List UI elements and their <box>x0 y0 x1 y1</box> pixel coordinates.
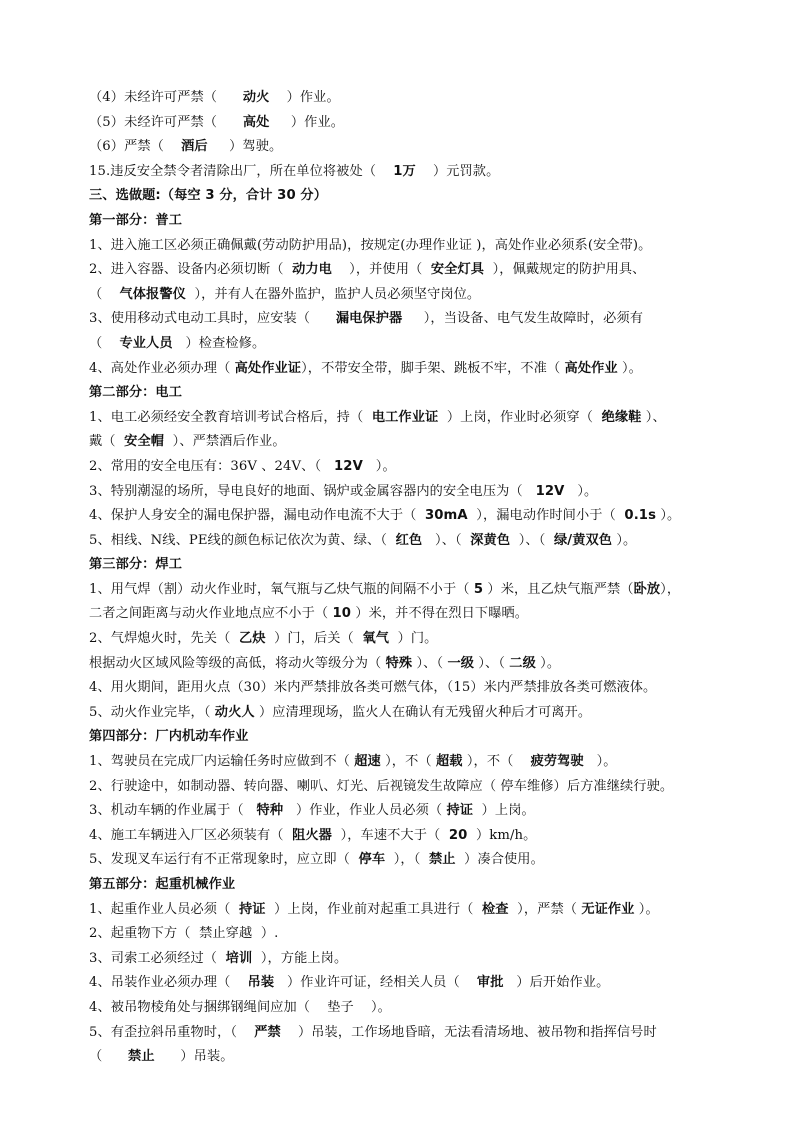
answer-text: 动火 <box>243 90 270 105</box>
answer-text: 禁止 <box>429 852 456 867</box>
text-line: 5、有歪拉斜吊重物时，（ 严禁 ）吊装，工作场地昏暗，无法看清场地、被吊物和指挥… <box>89 1021 719 1046</box>
answer-text: 一级 <box>447 656 474 671</box>
question-text: ）。 <box>536 656 560 671</box>
question-text: （ <box>89 287 119 302</box>
answer-text: 严禁 <box>254 1025 281 1040</box>
text-line: 戴（ 安全帽 ）、严禁酒后作业。 <box>89 430 719 455</box>
answer-text: 第三部分：焊工 <box>89 557 182 572</box>
section-heading: 三、选做题:（每空 3 分，合计 30 分） <box>89 184 719 209</box>
answer-text: 12V <box>334 459 363 474</box>
question-text: ）应清理现场，监火人在确认有无残留火种后才可离开。 <box>255 705 591 720</box>
answer-text: 绿/黄双色 <box>554 533 612 548</box>
text-line: 5、发现叉车运行有不正常现象时，应立即（ 停车 ），（ 禁止 ）凑合使用。 <box>89 848 719 873</box>
answer-text: 第一部分：普工 <box>89 213 182 228</box>
answer-text: 第五部分：起重机械作业 <box>89 877 235 892</box>
question-text: 5、发现叉车运行有不正常现象时，应立即（ <box>89 852 359 867</box>
answer-text: 气体报警仪 <box>119 287 185 302</box>
question-text: ）、严禁酒后作业。 <box>164 434 286 449</box>
answer-text: 疲劳驾驶 <box>531 754 584 769</box>
answer-text: 20 <box>449 828 468 843</box>
answer-text: 超速 <box>354 754 381 769</box>
text-line: （6）严禁（ 酒后 ）驾驶。 <box>89 135 719 160</box>
question-text: （ <box>89 336 119 351</box>
answer-text: 1万 <box>393 164 416 179</box>
question-text: （ <box>89 1049 128 1064</box>
question-text: ）、（ <box>412 656 447 671</box>
text-line: （ 气体报警仪 ），并有人在器外监护，监护人员必须坚守岗位。 <box>89 283 719 308</box>
text-line: 3、特别潮湿的场所，导电良好的地面、锅炉或金属容器内的安全电压为（ 12V ）。 <box>89 480 719 505</box>
question-text: ）凑合使用。 <box>456 852 544 867</box>
question-text: ），方能上岗。 <box>252 951 347 966</box>
text-line: 2、起重物下方（ 禁止穿越 ）. <box>89 922 719 947</box>
question-text: ）检查检修。 <box>173 336 266 351</box>
answer-text: 安全灯具 <box>431 262 484 277</box>
text-line: （5）未经许可严禁（ 高处 ）作业。 <box>89 111 719 136</box>
question-text: 1、进入施工区必须正确佩戴(劳动防护用品)，按规定(办理作业证 )，高处作业必须… <box>89 238 651 253</box>
question-text: ）、（ <box>474 656 509 671</box>
question-text: ）。 <box>363 459 396 474</box>
question-text: ）吊装，工作场地昏暗，无法看清场地、被吊物和指挥信号时 <box>281 1025 657 1040</box>
question-text: 2、行驶途中，如制动器、转向器、喇叭、灯光、后视镜发生故障应（ 停车维修）后方准… <box>89 779 673 794</box>
question-text: ）上岗。 <box>473 803 535 818</box>
text-line: （4）未经许可严禁（ 动火 ）作业。 <box>89 86 719 111</box>
answer-text: 专业人员 <box>119 336 172 351</box>
answer-text: 动火人 <box>215 705 255 720</box>
question-text: ），漏电动作时间小于（ <box>468 508 625 523</box>
answer-text: 审批 <box>477 975 504 990</box>
text-line: 5、相线、N线、PE线的颜色标记依次为黄、绿、（ 红色 ）、（ 深黄色 ）、（ … <box>89 529 719 554</box>
answer-text: 阻火器 <box>292 828 332 843</box>
text-line: 二者之间距离与动火作业地点应不小于（ 10 ）米，并不得在烈日下曝晒。 <box>89 602 719 627</box>
question-text: ）驾驶。 <box>208 139 283 154</box>
answer-text: 12V <box>536 484 565 499</box>
question-text: 3、使用移动式电动工具时，应安装（ <box>89 311 336 326</box>
answer-text: 第二部分：电工 <box>89 385 182 400</box>
answer-text: 高处 <box>243 115 270 130</box>
text-line: 15.违反安全禁令者清除出厂，所在单位将被处（ 1万 ）元罚款。 <box>89 160 719 185</box>
text-line: 3、使用移动式电动工具时，应安装（ 漏电保护器 ），当设备、电气发生故障时，必须… <box>89 307 719 332</box>
text-line: （ 专业人员 ）检查检修。 <box>89 332 719 357</box>
question-text: ），车速不大于（ <box>332 828 449 843</box>
question-text: 4、施工车辆进入厂区必须装有（ <box>89 828 292 843</box>
section-heading: 第一部分：普工 <box>89 209 719 234</box>
answer-text: 持证 <box>446 803 473 818</box>
text-line: 2、常用的安全电压有：36V 、24V、（ 12V ）。 <box>89 455 719 480</box>
answer-text: 培训 <box>226 951 253 966</box>
question-text: ），严禁（ <box>509 902 582 917</box>
answer-text: 安全帽 <box>124 434 164 449</box>
question-text: 5、有歪拉斜吊重物时，（ <box>89 1025 254 1040</box>
question-text: ）元罚款。 <box>416 164 500 179</box>
answer-text: 超载 <box>436 754 463 769</box>
answer-text: 动力电 <box>292 262 332 277</box>
text-line: 4、保护人身安全的漏电保护器，漏电动作电流不大于（ 30mA ），漏电动作时间小… <box>89 504 719 529</box>
section-heading: 第四部分：厂内机动车作业 <box>89 725 719 750</box>
answer-text: 停车 <box>359 852 386 867</box>
question-text: ）米，并不得在烈日下曝晒。 <box>351 606 528 621</box>
answer-text: 特种 <box>257 803 284 818</box>
question-text: 二者之间距离与动火作业地点应不小于（ <box>89 606 332 621</box>
question-text: ）吊装。 <box>155 1049 234 1064</box>
answer-text: 酒后 <box>181 139 208 154</box>
question-text: ）作业。 <box>269 90 339 105</box>
question-text: （5）未经许可严禁（ <box>89 115 243 130</box>
question-text: 根据动火区域风险等级的高低，将动火等级分为（ <box>89 656 386 671</box>
question-text: ）门，后关（ <box>266 631 363 646</box>
answer-text: 10 <box>332 606 351 621</box>
text-line: 4、高处作业必须办理（ 高处作业证），不带安全带，脚手架、跳板不牢，不准（ 高处… <box>89 357 719 382</box>
answer-text: 卧放 <box>634 582 661 597</box>
question-text: 戴（ <box>89 434 124 449</box>
question-text: ）。 <box>584 754 617 769</box>
question-text: 1、电工必须经安全教育培训考试合格后，持（ <box>89 410 372 425</box>
text-line: 1、起重作业人员必须（ 持证 ）上岗，作业前对起重工具进行（ 检查 ），严禁（ … <box>89 898 719 923</box>
question-text: ）作业，作业人员必须（ <box>283 803 446 818</box>
question-text: ），并有人在器外监护，监护人员必须坚守岗位。 <box>186 287 480 302</box>
text-line: （ 禁止 ）吊装。 <box>89 1045 719 1070</box>
question-text: 2、进入容器、设备内必须切断（ <box>89 262 292 277</box>
question-text: ），不（ <box>463 754 531 769</box>
question-text: 1、驾驶员在完成厂内运输任务时应做到不（ <box>89 754 354 769</box>
question-text: （6）严禁（ <box>89 139 181 154</box>
section-heading: 第二部分：电工 <box>89 381 719 406</box>
question-text: 2、起重物下方（ 禁止穿越 ）. <box>89 926 278 941</box>
question-text: ）、（ <box>510 533 554 548</box>
answer-text: 0.1s <box>624 508 656 523</box>
answer-text: 持证 <box>239 902 266 917</box>
text-line: 4、施工车辆进入厂区必须装有（ 阻火器 ），车速不大于（ 20 ）km/h。 <box>89 824 719 849</box>
question-text: ）、（ <box>422 533 470 548</box>
question-text: ）。 <box>618 361 642 376</box>
question-text: ）、 <box>641 410 665 425</box>
question-text: 2、常用的安全电压有：36V 、24V、（ <box>89 459 334 474</box>
question-text: ）。 <box>612 533 636 548</box>
answer-text: 三、选做题:（每空 3 分，合计 30 分） <box>89 188 327 203</box>
document-page: （4）未经许可严禁（ 动火 ）作业。（5）未经许可严禁（ 高处 ）作业。（6）严… <box>89 86 719 1070</box>
section-heading: 第五部分：起重机械作业 <box>89 873 719 898</box>
question-text: ）上岗，作业时必须穿（ <box>438 410 601 425</box>
question-text: ）。 <box>564 484 597 499</box>
question-text: ）米，且乙炔气瓶严禁（ <box>483 582 633 597</box>
answer-text: 高处作业证 <box>235 361 301 376</box>
text-line: 2、气焊熄火时，先关（ 乙炔 ）门，后关（ 氧气 ）门。 <box>89 627 719 652</box>
answer-text: 高处作业 <box>565 361 618 376</box>
question-text: 3、司索工必须经过（ <box>89 951 226 966</box>
question-text: ），佩戴规定的防护用具、 <box>484 262 645 277</box>
question-text: ），（ <box>385 852 429 867</box>
question-text: 5、相线、N线、PE线的颜色标记依次为黄、绿、（ <box>89 533 396 548</box>
question-text: 4、被吊物棱角处与捆绑钢绳间应加（ 垫子 ）。 <box>89 1000 391 1015</box>
question-text: ）。 <box>634 902 658 917</box>
question-text: 4、高处作业必须办理（ <box>89 361 235 376</box>
answer-text: 二级 <box>509 656 536 671</box>
question-text: 3、特别潮湿的场所，导电良好的地面、锅炉或金属容器内的安全电压为（ <box>89 484 536 499</box>
question-text: 4、吊装作业必须办理（ <box>89 975 248 990</box>
text-line: 1、电工必须经安全教育培训考试合格后，持（ 电工作业证 ）上岗，作业时必须穿（ … <box>89 406 719 431</box>
question-text: ），不（ <box>381 754 436 769</box>
answer-text: 禁止 <box>128 1049 155 1064</box>
question-text: 5、动火作业完毕，（ <box>89 705 215 720</box>
question-text: （4）未经许可严禁（ <box>89 90 243 105</box>
question-text: 1、用气焊（割）动火作业时，氧气瓶与乙炔气瓶的间隔不小于（ <box>89 582 474 597</box>
answer-text: 深黄色 <box>470 533 510 548</box>
answer-text: 30mA <box>425 508 468 523</box>
question-text: ）， <box>660 582 680 597</box>
question-text: 1、起重作业人员必须（ <box>89 902 239 917</box>
question-text: ）门。 <box>389 631 437 646</box>
answer-text: 乙炔 <box>239 631 266 646</box>
text-line: 1、用气焊（割）动火作业时，氧气瓶与乙炔气瓶的间隔不小于（ 5 ）米，且乙炔气瓶… <box>89 578 719 603</box>
question-text: ）。 <box>656 508 680 523</box>
question-text: ），不带安全带，脚手架、跳板不牢，不准（ <box>301 361 564 376</box>
text-line: 1、驾驶员在完成厂内运输任务时应做到不（ 超速 ），不（ 超载 ），不（ 疲劳驾… <box>89 750 719 775</box>
answer-text: 电工作业证 <box>372 410 438 425</box>
answer-text: 绝缘鞋 <box>602 410 642 425</box>
question-text: ）作业许可证，经相关人员（ <box>274 975 477 990</box>
question-text: ），当设备、电气发生故障时，必须有 <box>402 311 643 326</box>
question-text: 2、气焊熄火时，先关（ <box>89 631 239 646</box>
text-line: 根据动火区域风险等级的高低，将动火等级分为（ 特殊 ）、（ 一级 ）、（ 二级 … <box>89 652 719 677</box>
text-line: 3、司索工必须经过（ 培训 ），方能上岗。 <box>89 947 719 972</box>
section-heading: 第三部分：焊工 <box>89 553 719 578</box>
answer-text: 检查 <box>482 902 509 917</box>
question-text: ）作业。 <box>269 115 344 130</box>
text-line: 5、动火作业完毕，（ 动火人 ）应清理现场，监火人在确认有无残留火种后才可离开。 <box>89 701 719 726</box>
text-line: 1、进入施工区必须正确佩戴(劳动防护用品)，按规定(办理作业证 )，高处作业必须… <box>89 234 719 259</box>
answer-text: 吊装 <box>248 975 275 990</box>
question-text: ）km/h。 <box>467 828 536 843</box>
text-line: 3、机动车辆的作业属于（ 特种 ）作业，作业人员必须（ 持证 ）上岗。 <box>89 799 719 824</box>
question-text: 15.违反安全禁令者清除出厂，所在单位将被处（ <box>89 164 393 179</box>
text-line: 2、行驶途中，如制动器、转向器、喇叭、灯光、后视镜发生故障应（ 停车维修）后方准… <box>89 775 719 800</box>
question-text: ）后开始作业。 <box>503 975 609 990</box>
answer-text: 漏电保护器 <box>336 311 402 326</box>
answer-text: 特殊 <box>386 656 413 671</box>
question-text: ），并使用（ <box>332 262 431 277</box>
text-line: 2、进入容器、设备内必须切断（ 动力电 ），并使用（ 安全灯具 ），佩戴规定的防… <box>89 258 719 283</box>
question-text: 4、用火期间，距用火点（30）米内严禁排放各类可燃气体，（15）米内严禁排放各类… <box>89 680 656 695</box>
answer-text: 氧气 <box>362 631 389 646</box>
question-text: 4、保护人身安全的漏电保护器，漏电动作电流不大于（ <box>89 508 425 523</box>
question-text: 3、机动车辆的作业属于（ <box>89 803 257 818</box>
text-line: 4、被吊物棱角处与捆绑钢绳间应加（ 垫子 ）。 <box>89 996 719 1021</box>
text-line: 4、吊装作业必须办理（ 吊装 ）作业许可证，经相关人员（ 审批 ）后开始作业。 <box>89 971 719 996</box>
answer-text: 第四部分：厂内机动车作业 <box>89 729 248 744</box>
answer-text: 5 <box>474 582 483 597</box>
question-text: ）上岗，作业前对起重工具进行（ <box>266 902 482 917</box>
answer-text: 无证作业 <box>581 902 634 917</box>
text-line: 4、用火期间，距用火点（30）米内严禁排放各类可燃气体，（15）米内严禁排放各类… <box>89 676 719 701</box>
answer-text: 红色 <box>396 533 423 548</box>
